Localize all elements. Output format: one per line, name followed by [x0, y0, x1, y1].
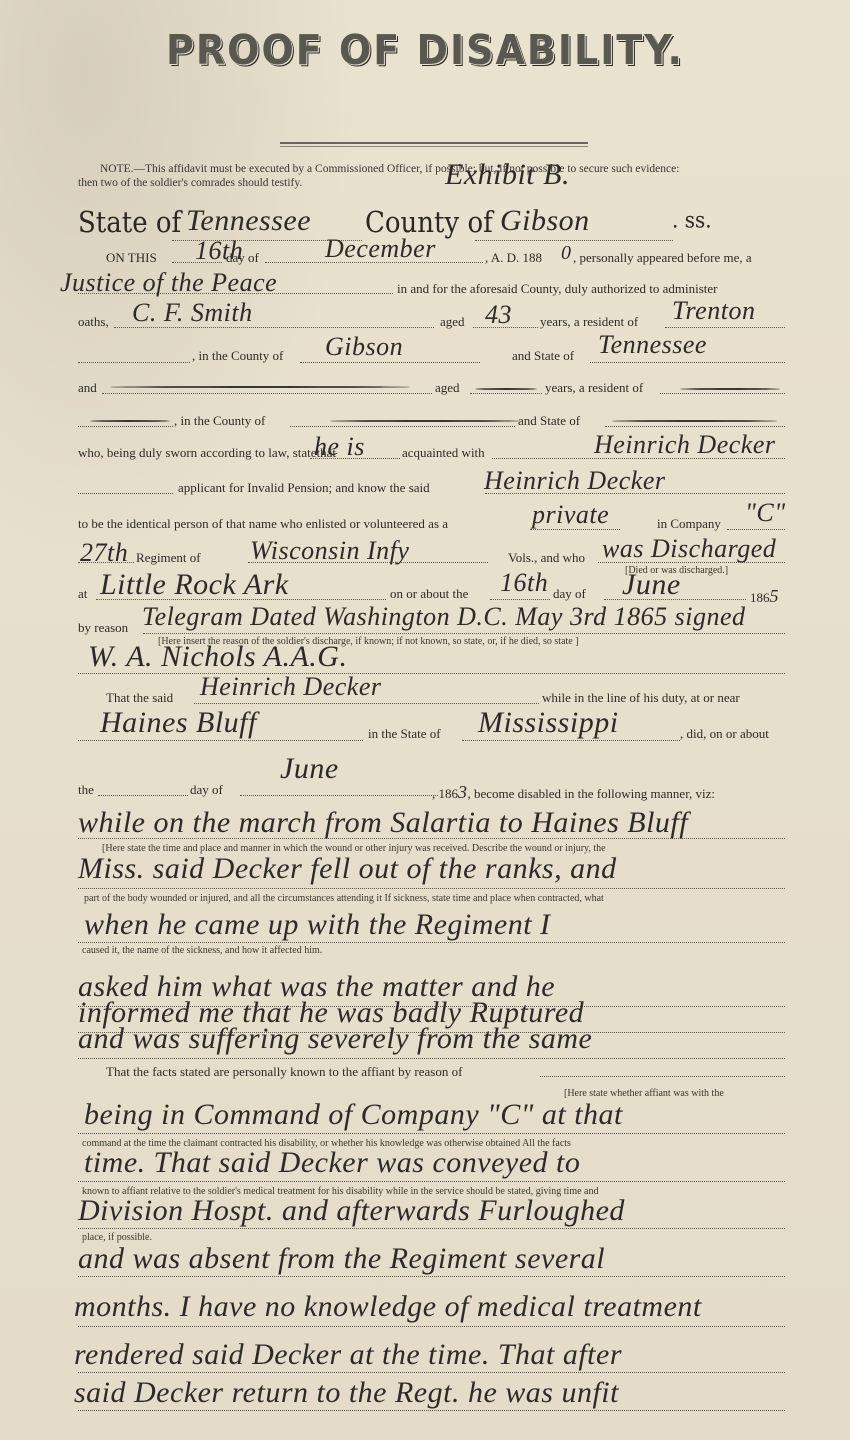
that-said-label: That the said [106, 690, 173, 706]
appeared-text: , personally appeared before me, a [573, 250, 752, 266]
instruction-note: NOTE.—This affidavit must be executed by… [78, 162, 798, 190]
did-on-label: , did, on or about [680, 726, 769, 742]
and-label: and [78, 380, 97, 396]
sworn-text: who, being duly sworn according to law, … [78, 445, 336, 461]
exhibit-annotation: Exhibit B. [445, 158, 570, 192]
discharge-place[interactable]: Little Rock Ark [100, 568, 289, 602]
discharge-month[interactable]: June [622, 568, 681, 602]
day-of-label-3: day of [190, 782, 223, 798]
affiant1-state[interactable]: Tennessee [598, 330, 707, 360]
years-resident-label-2: years, a resident of [545, 380, 643, 396]
county-field-line [475, 240, 673, 241]
affiant2-county-strikeout [330, 420, 520, 422]
oaths-label: oaths, [78, 314, 109, 330]
disabled-name[interactable]: Heinrich Decker [200, 672, 381, 702]
note-line-2: then two of the soldier's comrades shoul… [78, 176, 798, 190]
at-label: at [78, 586, 87, 602]
officer-suffix: in and for the aforesaid County, duly au… [397, 281, 717, 297]
applicant-text: applicant for Invalid Pension; and know … [178, 480, 430, 496]
day-of-label: day of [226, 250, 259, 266]
county-value[interactable]: Gibson [500, 204, 590, 238]
injury-state[interactable]: Mississippi [478, 706, 619, 740]
in-state-label: in the State of [368, 726, 441, 742]
on-this-label: ON THIS [106, 250, 157, 266]
affiant2-residence-strikeout [680, 388, 780, 390]
title-divider [280, 142, 588, 147]
aged-label: aged [440, 314, 465, 330]
knowledge-line-1[interactable]: being in Command of Company "C" at that [84, 1098, 623, 1132]
injury-month[interactable]: June [280, 752, 339, 786]
affiant1-residence[interactable]: Trenton [672, 296, 755, 326]
page-title: PROOF OF DISABILITY. [0, 26, 850, 74]
the-label: the [78, 782, 94, 798]
discharge-year: 1865 [750, 586, 779, 607]
affiant1-age[interactable]: 43 [485, 300, 512, 330]
discharge-day[interactable]: 16th [500, 568, 548, 598]
in-company-label: in Company [657, 516, 721, 532]
knowledge-line-5[interactable]: months. I have no knowledge of medical t… [74, 1290, 702, 1324]
relation-value[interactable]: he is [314, 432, 365, 462]
applicant-name-2[interactable]: Heinrich Decker [484, 466, 665, 496]
vols-label: Vols., and who [508, 550, 585, 566]
years-resident-label: years, a resident of [540, 314, 638, 330]
aged-label-2: aged [435, 380, 460, 396]
by-reason-label: by reason [78, 620, 128, 636]
note-line-1: NOTE.—This affidavit must be executed by… [78, 162, 798, 176]
knowledge-line-2[interactable]: time. That said Decker was conveyed to [84, 1146, 580, 1180]
on-about-label: on or about the [390, 586, 468, 602]
injury-place[interactable]: Haines Bluff [100, 706, 257, 740]
unit-value[interactable]: Wisconsin Infy [250, 536, 409, 566]
knowledge-line-6[interactable]: rendered said Decker at the time. That a… [74, 1338, 622, 1372]
injury-hint-2: part of the body wounded or injured, and… [84, 893, 604, 904]
line-of-duty-text: while in the line of his duty, at or nea… [542, 690, 740, 706]
officer-title[interactable]: Justice of the Peace [60, 268, 277, 298]
regiment-of-label: Regiment of [136, 550, 201, 566]
injury-description-line-3[interactable]: when he came up with the Regiment I [84, 908, 551, 942]
status-value[interactable]: was Discharged [602, 534, 776, 564]
affiant1-county[interactable]: Gibson [325, 332, 403, 362]
knowledge-line-7[interactable]: said Decker return to the Regt. he was u… [74, 1376, 619, 1410]
knowledge-line-4[interactable]: and was absent from the Regiment several [78, 1242, 605, 1276]
company-value[interactable]: "C" [745, 498, 786, 528]
injury-description-line-1[interactable]: while on the march from Salartia to Hain… [78, 806, 688, 840]
ad-label: , A. D. 188 [485, 250, 542, 266]
ss-mark: . ss. [672, 207, 712, 233]
reason-value-2[interactable]: W. A. Nichols A.A.G. [88, 640, 347, 674]
state-of-label: and State of [512, 348, 574, 364]
injury-year: , 1863, become disabled in the following… [432, 782, 715, 803]
county-of-label: , in the County of [192, 348, 283, 364]
state-of-label-2: and State of [518, 413, 580, 429]
affiant2-name-strikeout [110, 386, 410, 388]
knowledge-line-3[interactable]: Division Hospt. and afterwards Furloughe… [78, 1194, 625, 1228]
affiant2-town-strikeout [90, 420, 170, 422]
applicant-name[interactable]: Heinrich Decker [594, 430, 775, 460]
state-label: State of [78, 207, 181, 240]
identical-text: to be the identical person of that name … [78, 516, 448, 532]
acquainted-label: acquainted with [402, 445, 485, 461]
facts-text: That the facts stated are personally kno… [106, 1064, 462, 1080]
county-of-label-2: , in the County of [174, 413, 265, 429]
injury-description-line-6[interactable]: and was suffering severely from the same [78, 1022, 592, 1056]
day-of-label-2: day of [553, 586, 586, 602]
injury-hint-3: caused it, the name of the sickness, and… [82, 945, 322, 956]
ad-year-digit[interactable]: 0 [561, 242, 572, 265]
document-page: PROOF OF DISABILITY. NOTE.—This affidavi… [0, 0, 850, 1440]
rank-value[interactable]: private [532, 500, 609, 530]
regiment-number[interactable]: 27th [80, 538, 128, 568]
reason-value[interactable]: Telegram Dated Washington D.C. May 3rd 1… [142, 602, 746, 632]
state-value[interactable]: Tennessee [186, 204, 311, 238]
affiant2-age-strikeout [475, 388, 537, 390]
injury-description-line-2[interactable]: Miss. said Decker fell out of the ranks,… [78, 852, 617, 886]
affiant1-name[interactable]: C. F. Smith [132, 298, 253, 328]
appearance-month[interactable]: December [325, 234, 436, 264]
affiant2-state-strikeout [612, 420, 777, 422]
